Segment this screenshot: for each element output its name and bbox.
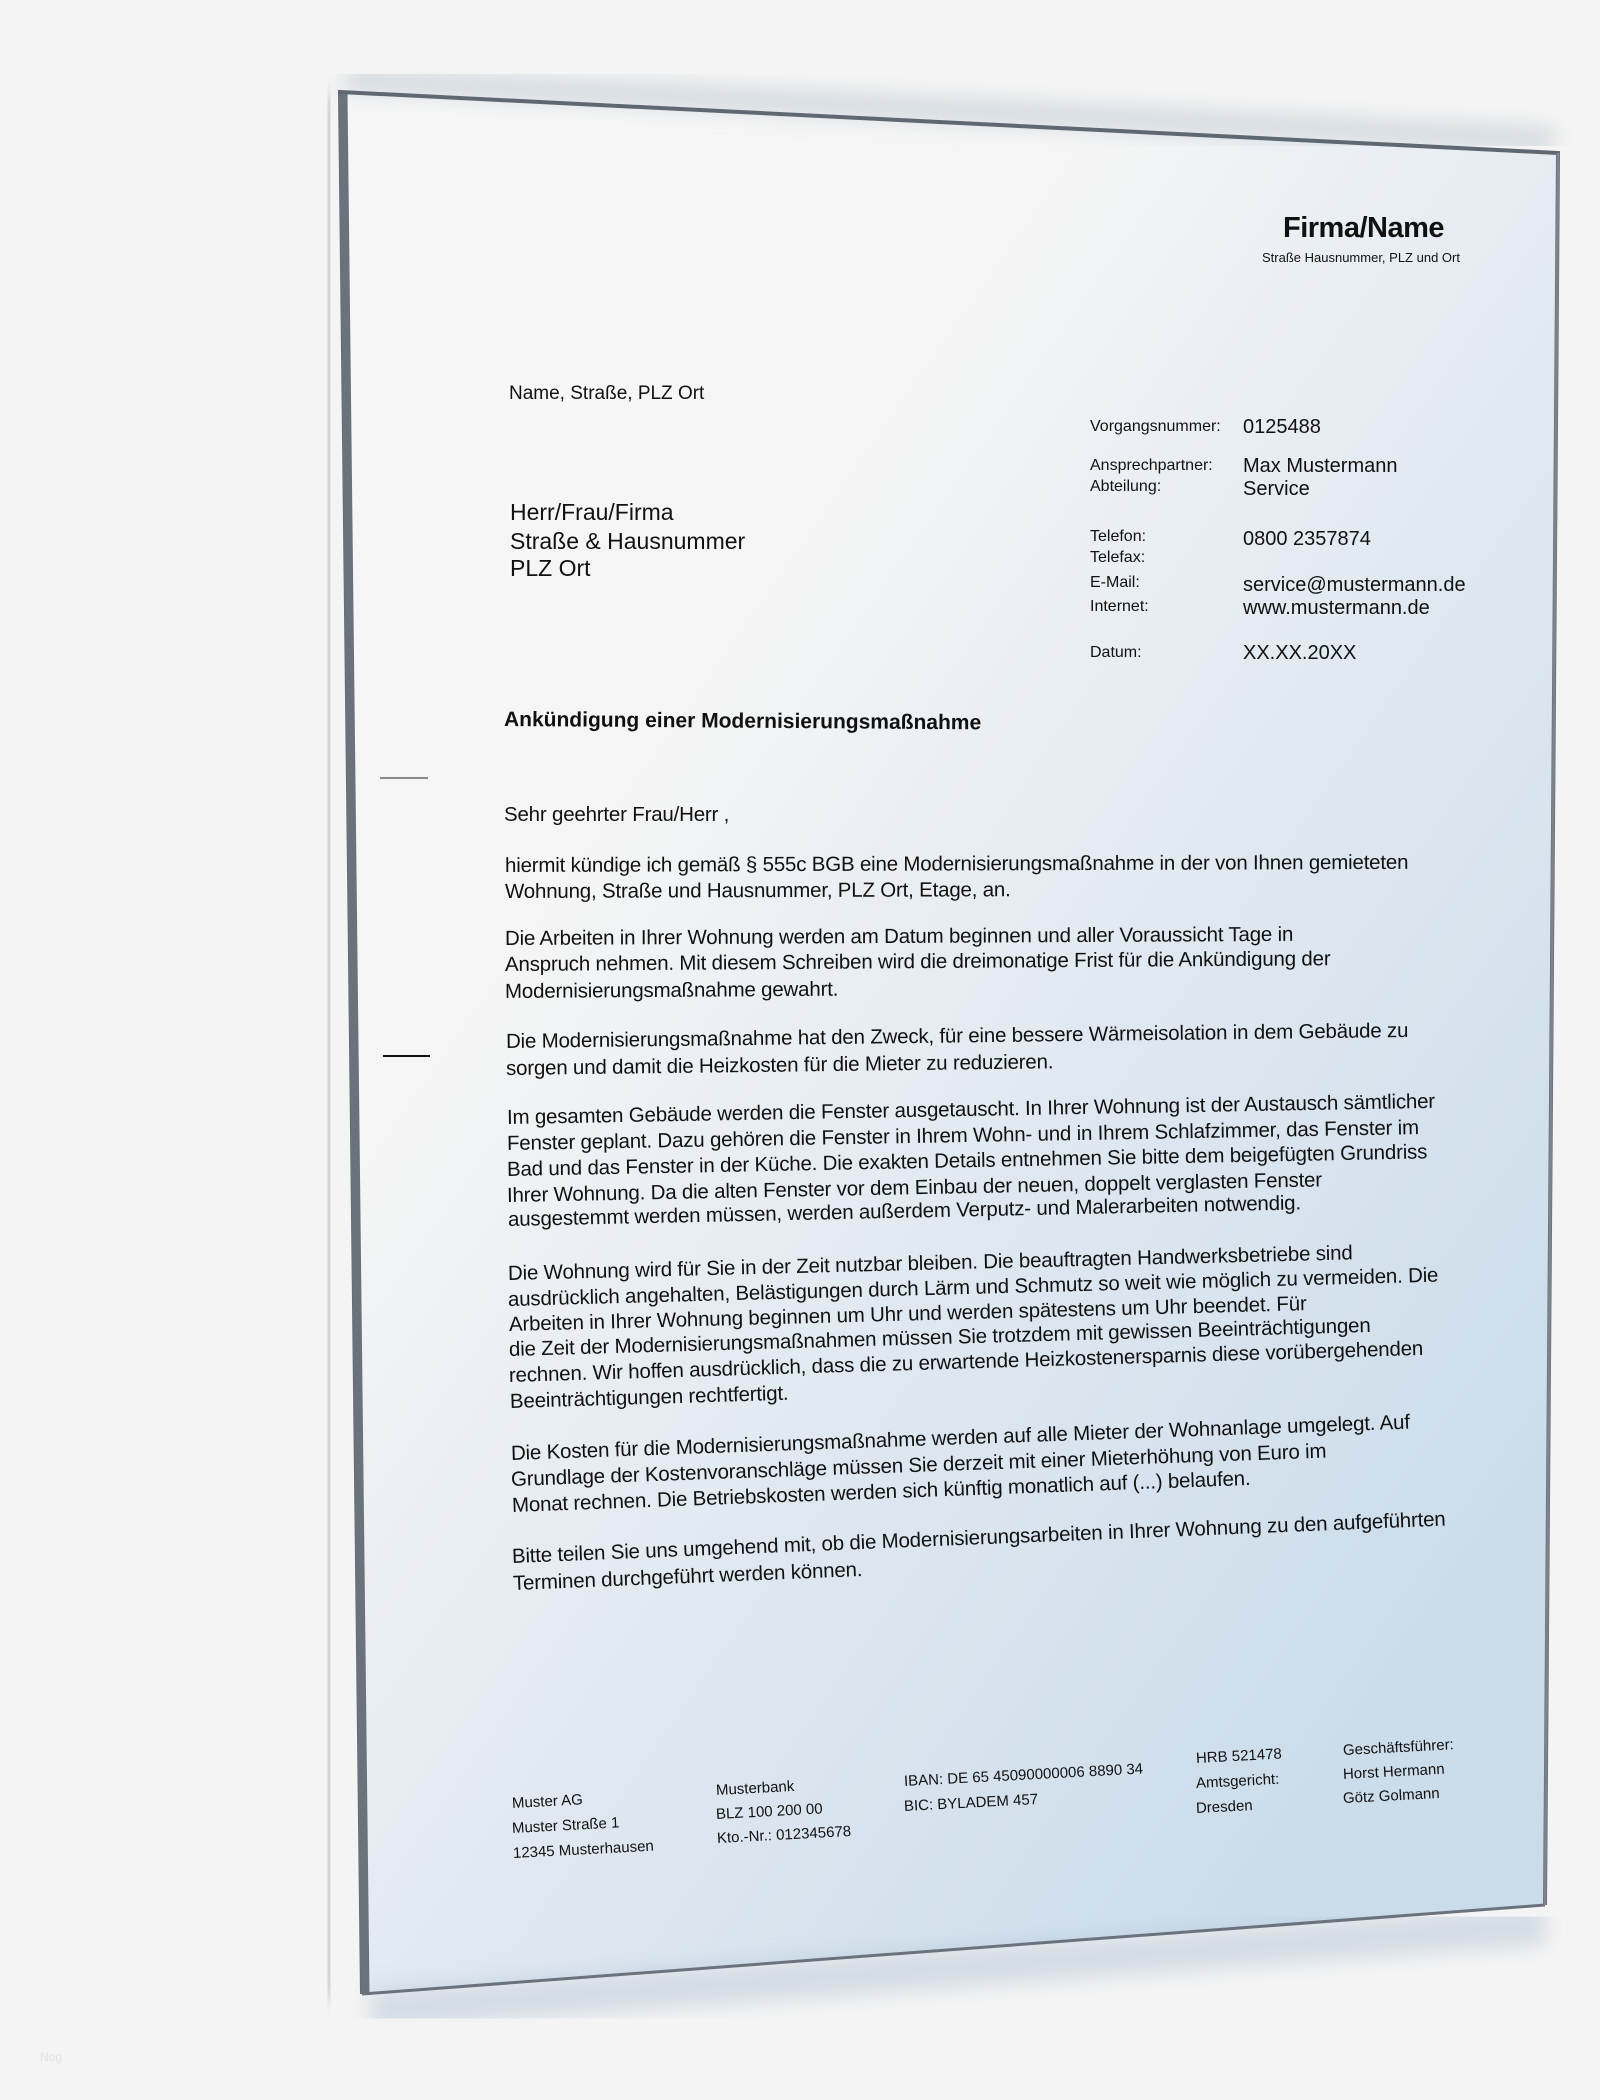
subject-line: Ankündigung einer Modernisierungsmaßnahm… (504, 708, 981, 735)
footer-court-city: Dresden (1196, 1797, 1254, 1817)
letterhead-address: Straße Hausnummer, PLZ und Ort (1262, 250, 1460, 265)
info-label-abteilung: Abteilung: (1090, 478, 1161, 496)
body-line: Die Arbeiten in Ihrer Wohnung werden am … (505, 923, 1293, 951)
info-label-telefax: Telefax: (1090, 549, 1145, 567)
punch-mark (383, 1055, 430, 1057)
info-value-vorgangsnummer: 0125488 (1243, 416, 1321, 439)
info-value-ansprechpartner: Max Mustermann (1243, 455, 1398, 478)
info-label-ansprechpartner: Ansprechpartner: (1090, 457, 1213, 475)
salutation: Sehr geehrter Frau/Herr , (504, 803, 729, 827)
body-line: Modernisierungsmaßnahme gewahrt. (505, 978, 838, 1004)
recipient-line-1: Herr/Frau/Firma (510, 499, 674, 525)
recipient-line-3: PLZ Ort (510, 555, 591, 581)
watermark: Nog (40, 2050, 62, 2064)
info-value-datum: XX.XX.20XX (1243, 642, 1356, 665)
info-value-abteilung: Service (1243, 478, 1310, 501)
return-address: Name, Straße, PLZ Ort (509, 383, 704, 405)
info-label-vorgangsnummer: Vorgangsnummer: (1090, 418, 1221, 436)
fold-mark (380, 777, 428, 779)
info-label-telefon: Telefon: (1090, 528, 1146, 546)
info-label-datum: Datum: (1090, 644, 1142, 662)
letterhead-company: Firma/Name (1283, 212, 1444, 245)
recipient-line-2: Straße & Hausnummer (510, 528, 745, 554)
info-value-email[interactable]: service@mustermann.de (1243, 574, 1466, 597)
info-value-telefon: 0800 2357874 (1243, 528, 1371, 551)
info-label-internet: Internet: (1090, 598, 1149, 616)
info-label-email: E-Mail: (1090, 574, 1140, 592)
info-value-internet[interactable]: www.mustermann.de (1243, 597, 1430, 620)
body-line: Wohnung, Straße und Hausnummer, PLZ Ort,… (505, 878, 1011, 904)
body-line: hiermit kündige ich gemäß § 555c BGB ein… (505, 851, 1408, 878)
